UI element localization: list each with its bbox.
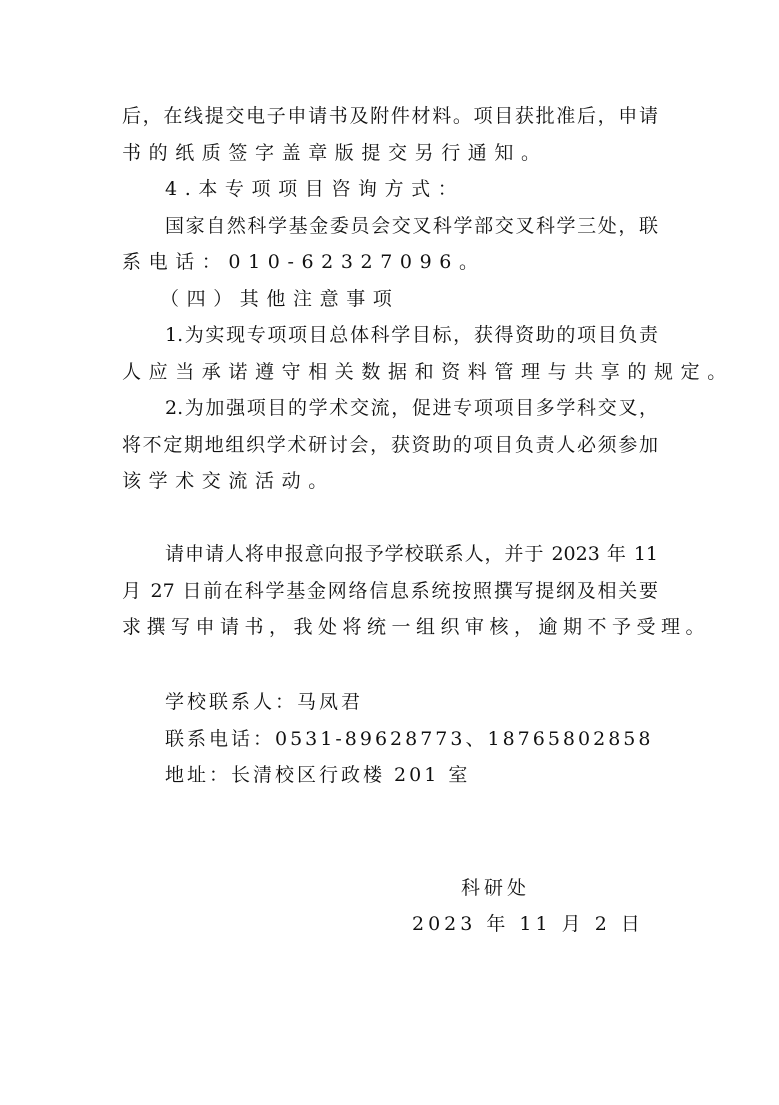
contact-address: 地址：长清校区行政楼 201 室 (165, 763, 705, 787)
paragraph-line: 该学术交流活动。 (122, 469, 662, 493)
paragraph-line: 2.为加强项目的学术交流，促进专项项目多学科交叉， (165, 396, 658, 420)
paragraph-line: 系电话：010-62327096。 (122, 250, 662, 274)
paragraph-line: 书的纸质签字盖章版提交另行通知。 (122, 141, 662, 165)
paragraph-line: 求撰写申请书，我处将统一组织审核，逾期不予受理。 (122, 615, 662, 639)
paragraph-line: 月 27 日前在科学基金网络信息系统按照撰写提纲及相关要 (122, 579, 658, 603)
section-item-heading: 4.本专项项目咨询方式： (165, 177, 705, 201)
paragraph-line: 1.为实现专项项目总体科学目标，获得资助的项目负责 (165, 323, 658, 347)
document-page: 后，在线提交电子申请书及附件材料。项目获批准后，申请 书的纸质签字盖章版提交另行… (0, 0, 779, 1105)
contact-person: 学校联系人：马凤君 (165, 690, 705, 714)
signature-date: 2023 年 11 月 2 日 (412, 912, 644, 936)
paragraph-line: 人应当承诺遵守相关数据和资料管理与共享的规定。 (122, 360, 662, 384)
contact-phone: 联系电话：0531-89628773、18765802858 (165, 727, 705, 751)
paragraph-line: 将不定期地组织学术研讨会，获资助的项目负责人必须参加 (122, 433, 658, 457)
paragraph-line: 国家自然科学基金委员会交叉科学部交叉科学三处，联 (165, 214, 658, 238)
paragraph-line: 后，在线提交电子申请书及附件材料。项目获批准后，申请 (122, 104, 658, 128)
section-heading: （四）其他注意事项 (160, 287, 700, 311)
signature-office: 科研处 (461, 876, 530, 900)
paragraph-line: 请申请人将申报意向报予学校联系人，并于 2023 年 11 (165, 542, 658, 566)
